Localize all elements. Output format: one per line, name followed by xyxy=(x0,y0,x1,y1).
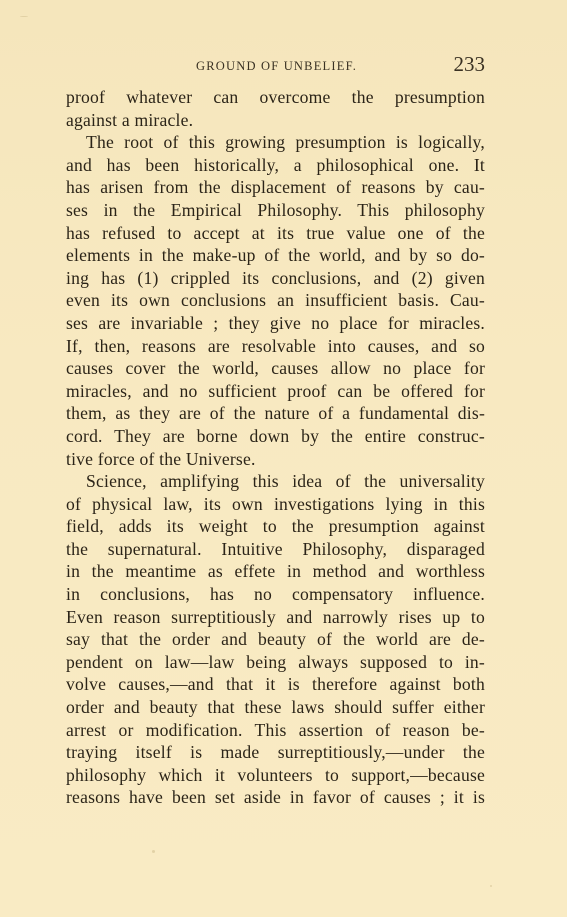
text-line: field, adds its weight to the presumptio… xyxy=(66,515,485,538)
text-line: has arisen from the displacement of reas… xyxy=(66,176,485,199)
text-line: Even reason surreptitiously and narrowly… xyxy=(66,606,485,629)
text-line: ses in the Empirical Philosophy. This ph… xyxy=(66,199,485,222)
paper-speck xyxy=(490,885,492,887)
text-line: miracles, and no sufficient proof can be… xyxy=(66,380,485,403)
text-line: even its own conclusions an insufficient… xyxy=(66,289,485,312)
running-head: GROUND OF UNBELIEF. 233 xyxy=(66,55,485,79)
text-line: order and beauty that these laws should … xyxy=(66,696,485,719)
running-title: GROUND OF UNBELIEF. xyxy=(196,59,357,74)
text-line: say that the order and beauty of the wor… xyxy=(66,628,485,651)
text-line: ses are invariable ; they give no place … xyxy=(66,312,485,335)
text-line: proof whatever can overcome the presumpt… xyxy=(66,86,485,109)
text-line: the supernatural. Intuitive Philosophy, … xyxy=(66,538,485,561)
paragraph-start-line: Science, amplifying this idea of the uni… xyxy=(66,470,485,493)
text-line: has refused to accept at its true value … xyxy=(66,222,485,245)
text-line: traying itself is made surreptitiously,—… xyxy=(66,741,485,764)
text-line: pendent on law—law being always supposed… xyxy=(66,651,485,674)
text-line: elements in the make-up of the world, an… xyxy=(66,244,485,267)
text-line: them, as they are of the nature of a fun… xyxy=(66,402,485,425)
text-line: in the meantime as effete in method and … xyxy=(66,560,485,583)
paper-speck xyxy=(20,16,28,17)
paper-speck xyxy=(152,850,155,853)
text-line: ing has (1) crippled its conclusions, an… xyxy=(66,267,485,290)
body-text: proof whatever can overcome the presumpt… xyxy=(66,86,485,809)
text-line: arrest or modification. This assertion o… xyxy=(66,719,485,742)
text-line: causes cover the world, causes allow no … xyxy=(66,357,485,380)
text-line: cord. They are borne down by the entire … xyxy=(66,425,485,448)
text-line: of physical law, its own investigations … xyxy=(66,493,485,516)
text-line: in conclusions, has no compensatory infl… xyxy=(66,583,485,606)
text-line: volve causes,—and that it is therefore a… xyxy=(66,673,485,696)
text-line: tive force of the Universe. xyxy=(66,448,485,471)
text-line: reasons have been set aside in favor of … xyxy=(66,786,485,809)
page-number: 233 xyxy=(454,52,486,77)
book-page: GROUND OF UNBELIEF. 233 proof whatever c… xyxy=(0,0,567,917)
text-line: against a miracle. xyxy=(66,109,485,132)
text-line: If, then, reasons are resolvable into ca… xyxy=(66,335,485,358)
text-line: and has been historically, a philosophic… xyxy=(66,154,485,177)
text-line: philosophy which it volunteers to suppor… xyxy=(66,764,485,787)
paragraph-start-line: The root of this growing presumption is … xyxy=(66,131,485,154)
